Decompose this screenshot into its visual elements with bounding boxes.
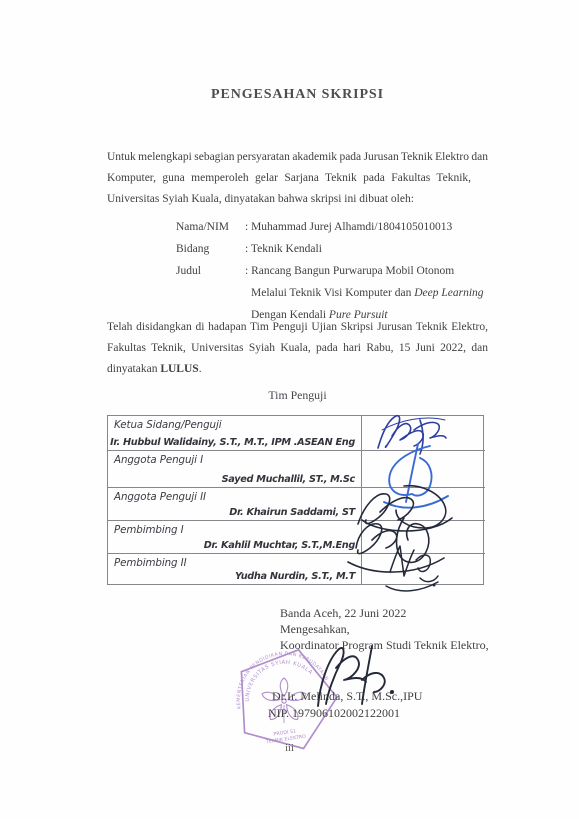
scanned-document-page: KEMENTERIAN PENDIDIKAN DAN KEBUDAYAAN UN… [0,0,579,819]
table-row-2-left: Anggota Penguji I Sayed Muchallil, ST., … [108,451,362,488]
examiner-role: Ketua Sidang/Penguji [108,416,361,431]
closing-paragraph-line-1: Telah disidangkan di hadapan Tim Penguji… [107,320,488,335]
examiner-role: Pembimbing II [108,554,361,569]
place-date-line: Banda Aceh, 22 Juni 2022 [280,606,406,621]
page-number: iii [0,743,579,754]
table-row-4-left: Pembimbing I Dr. Kahlil Muchtar, S.T.,M.… [108,521,362,554]
opening-paragraph-line-2: Komputer, guna memperoleh gelar Sarjana … [107,171,488,186]
detail-value-judul-line-1: : Rancang Bangun Purwarupa Mobil Otonom [245,265,454,277]
table-row-3-signature-cell [362,488,485,521]
coordinator-name: Dr.Ir. Melinda, S.T., M.Sc.,IPU [272,689,422,704]
opening-paragraph-line-3: Universitas Syiah Kuala, dinyatakan bahw… [107,192,488,207]
opening-paragraph-line-1: Untuk melengkapi sebagian persyaratan ak… [107,150,488,165]
table-row-5-left: Pembimbing II Yudha Nurdin, S.T., M.T [108,554,362,584]
detail-label-nama: Nama/NIM [176,221,229,233]
examiner-name: Dr. Kahlil Muchtar, S.T.,M.Eng [204,540,355,551]
detail-value-judul-line-2: Melalui Teknik Visi Komputer dan Deep Le… [251,287,484,299]
closing-paragraph-line-2: Fakultas Teknik, Universitas Syiah Kuala… [107,341,488,356]
detail-label-judul: Judul [176,265,201,277]
table-row-5-signature-cell [362,554,485,584]
examiner-name: Yudha Nurdin, S.T., M.T [235,571,355,582]
page-title: PENGESAHAN SKRIPSI [107,87,488,103]
coordinator-nip: NIP. 197906102002122001 [268,706,400,721]
table-row-3-left: Anggota Penguji II Dr. Khairun Saddami, … [108,488,362,521]
examiner-role: Anggota Penguji I [108,451,361,466]
examiner-name: Sayed Muchallil, ST., M.Sc [222,474,355,485]
detail-value-nama: : Muhammad Jurej Alhamdi/1804105010013 [245,221,452,233]
stamp-bottom-text-1: PRODI S1 [273,728,296,737]
table-row-2-signature-cell [362,451,485,488]
examiner-table: Ketua Sidang/Penguji Ir. Hubbul Walidain… [107,415,484,585]
examiner-name: Ir. Hubbul Walidainy, S.T., M.T., IPM .A… [110,437,355,448]
approving-line: Mengesahkan, [280,622,350,637]
detail-value-bidang: : Teknik Kendali [245,243,322,255]
table-row-1-left: Ketua Sidang/Penguji Ir. Hubbul Walidain… [108,416,362,451]
table-row-1-signature-cell [362,416,485,451]
detail-label-bidang: Bidang [176,243,209,255]
closing-paragraph-line-3: dinyatakan LULUS. [107,362,488,377]
tim-penguji-heading: Tim Penguji [107,388,488,403]
examiner-name: Dr. Khairun Saddami, ST [229,507,355,518]
coordinator-title-line: Koordinator Program Studi Teknik Elektro… [280,638,489,653]
table-row-4-signature-cell [362,521,485,554]
examiner-role: Pembimbing I [108,521,361,536]
examiner-role: Anggota Penguji II [108,488,361,503]
